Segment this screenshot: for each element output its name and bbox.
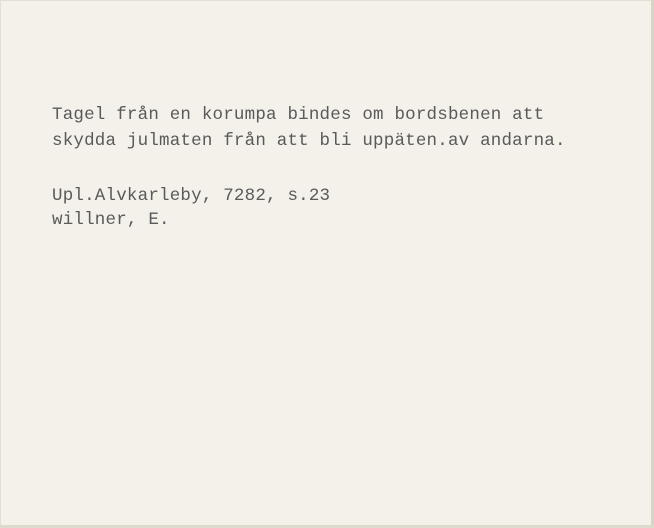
card-text-line-2: skydda julmaten från att bli uppäten.av … — [52, 131, 566, 151]
card-source-reference: Upl.Alvkarleby, 7282, s.23 — [52, 186, 330, 206]
archive-card: Tagel från en korumpa bindes om bordsben… — [0, 0, 654, 528]
card-text-line-1: Tagel från en korumpa bindes om bordsben… — [52, 105, 544, 125]
card-recorder-name: willner, E. — [52, 210, 170, 230]
